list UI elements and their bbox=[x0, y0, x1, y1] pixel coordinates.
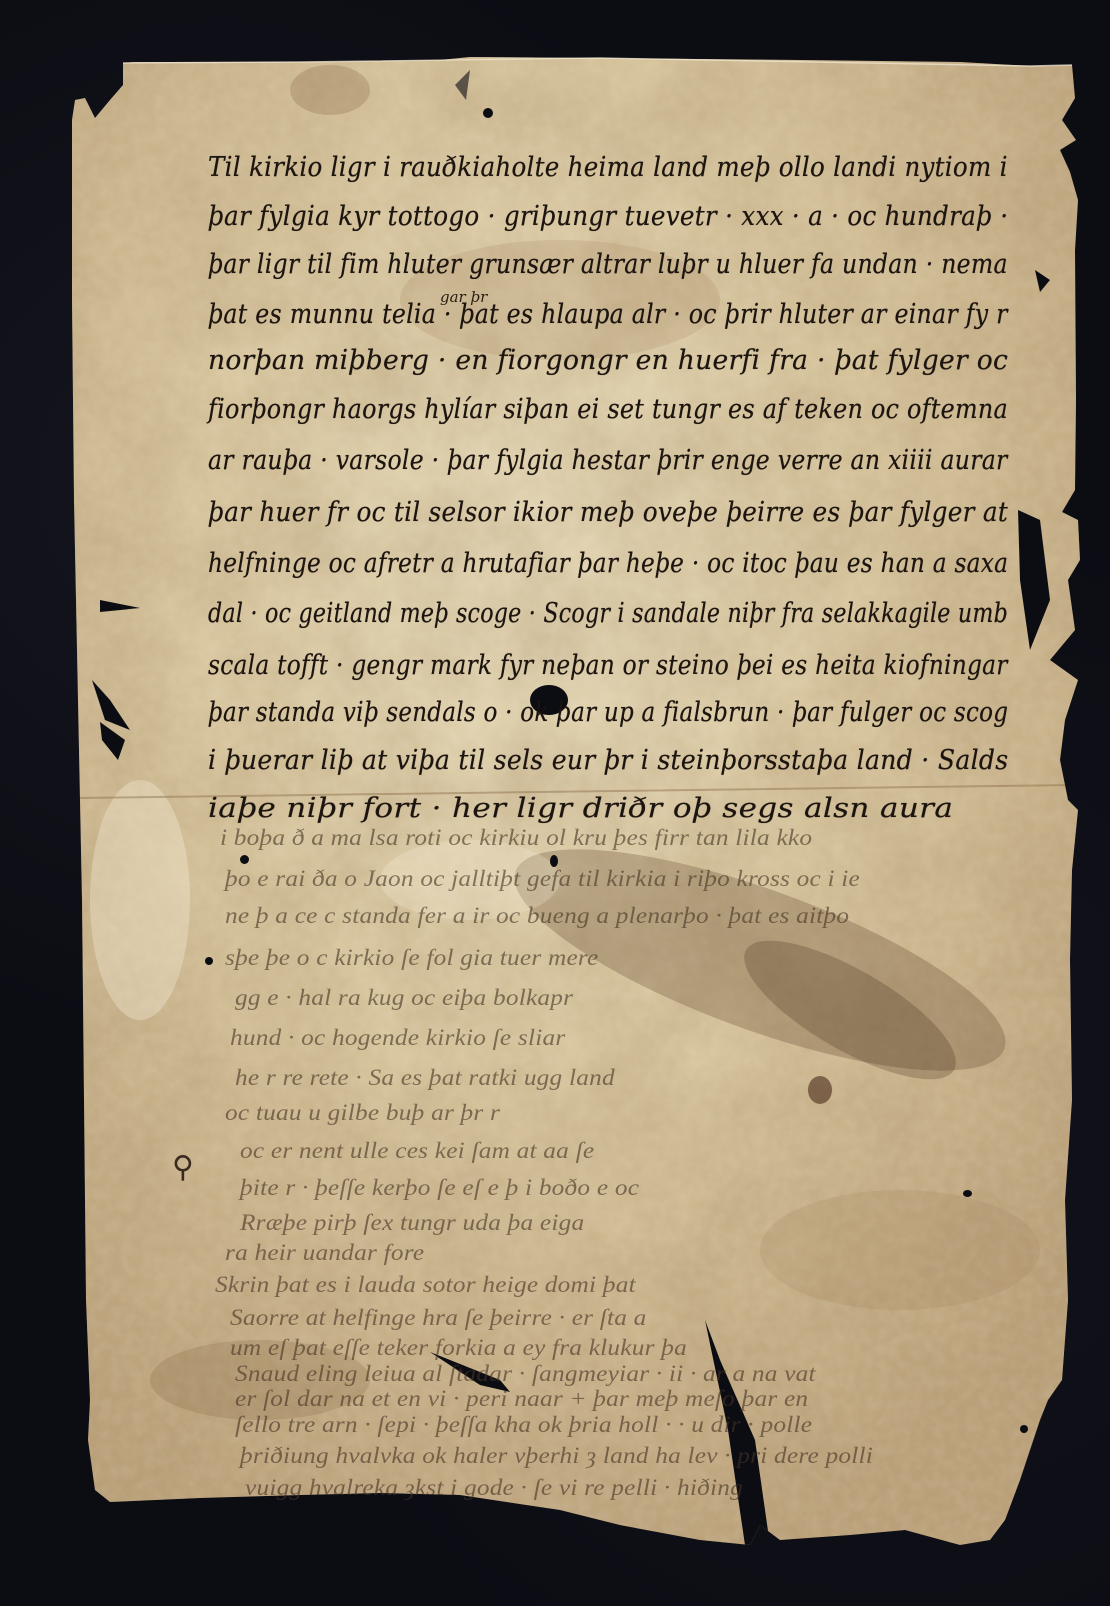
worm-hole bbox=[240, 855, 249, 864]
worm-hole bbox=[483, 108, 493, 118]
worm-hole bbox=[1020, 1425, 1028, 1433]
worm-hole bbox=[963, 1190, 972, 1197]
worm-hole bbox=[550, 855, 558, 867]
manuscript-leaf: Til kirkio ligr i rauðkiaholte heima lan… bbox=[0, 0, 1110, 1606]
worm-hole bbox=[205, 957, 213, 965]
parchment-shape bbox=[0, 0, 1110, 1606]
burn-hole bbox=[530, 685, 568, 715]
margin-symbol: ⚲ bbox=[172, 1150, 194, 1185]
